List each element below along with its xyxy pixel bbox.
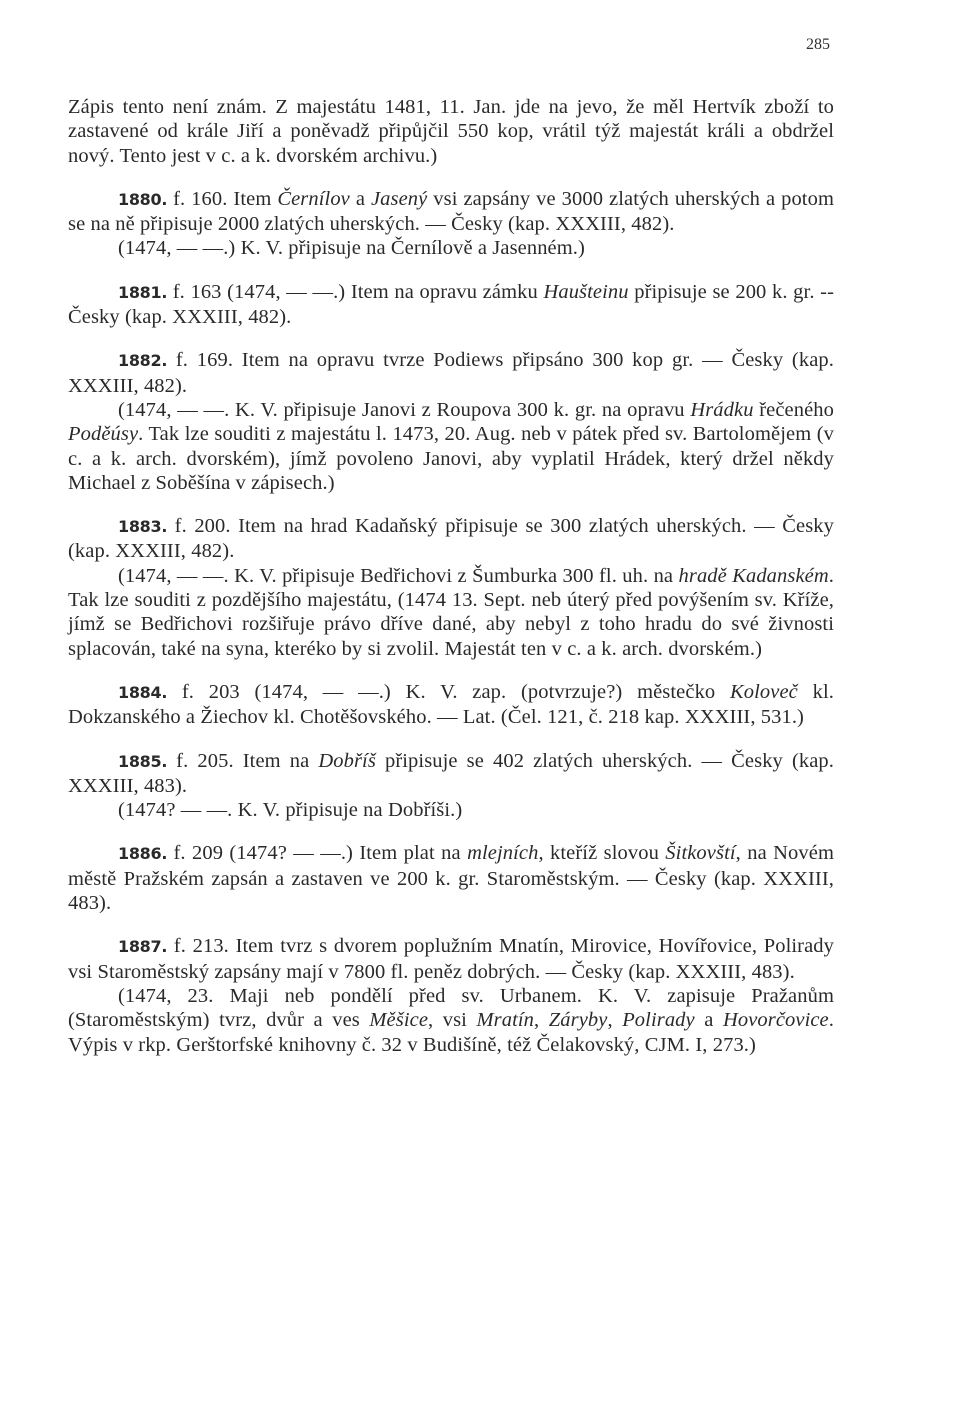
- paragraph-p1883b: (1474, — —. K. V. připisuje Bedřichovi z…: [68, 564, 834, 661]
- entry-number: 1881.: [118, 283, 167, 302]
- paragraph-p1882b: (1474, — —. K. V. připisuje Janovi z Rou…: [68, 398, 834, 495]
- text-run: f. 200. Item na hrad Kadaňský připisuje …: [68, 515, 834, 562]
- paragraph-p1887: 1887. f. 213. Item tvrz s dvorem poplužn…: [68, 934, 834, 984]
- text-run: (1474, — —.) K. V. připisuje na Černílov…: [118, 237, 585, 259]
- italic-term: Koloveč: [730, 681, 798, 703]
- text-run: a: [350, 188, 371, 210]
- entry-number: 1883.: [118, 517, 167, 536]
- italic-term: Záryby: [549, 1009, 608, 1031]
- text-run: f. 205. Item na: [167, 750, 318, 772]
- text-run: f. 160. Item: [167, 188, 277, 210]
- text-run: ,: [607, 1009, 622, 1031]
- text-run: (1474, — —. K. V. připisuje Bedřichovi z…: [118, 565, 679, 587]
- text-run: Zápis tento není znám. Z majestátu 1481,…: [68, 96, 834, 167]
- paragraph-p1885b: (1474? — —. K. V. připisuje na Dobříši.): [68, 798, 834, 822]
- paragraph-p1880: 1880. f. 160. Item Černílov a Jasený vsi…: [68, 187, 834, 237]
- paragraph-p1885: 1885. f. 205. Item na Dobříš připisuje s…: [68, 749, 834, 799]
- paragraph-p1882: 1882. f. 169. Item na opravu tvrze Podie…: [68, 348, 834, 398]
- italic-term: Hovorčovice: [723, 1009, 829, 1031]
- paragraph-p1883: 1883. f. 200. Item na hrad Kadaňský přip…: [68, 514, 834, 564]
- text-run: řečeného: [754, 399, 834, 421]
- text-run: ,: [534, 1009, 549, 1031]
- paragraph-p1880b: (1474, — —.) K. V. připisuje na Černílov…: [68, 236, 834, 260]
- paragraph-p1881: 1881. f. 163 (1474, — —.) Item na opravu…: [68, 280, 834, 330]
- page-number: 285: [806, 36, 830, 54]
- paragraph-p0: Zápis tento není znám. Z majestátu 1481,…: [68, 95, 834, 168]
- italic-term: Jasený: [371, 188, 427, 210]
- paragraph-p1884: 1884. f. 203 (1474, — —.) K. V. zap. (po…: [68, 680, 834, 730]
- text-run: f. 213. Item tvrz s dvorem poplužním Mna…: [68, 935, 834, 982]
- text-run: (1474? — —. K. V. připisuje na Dobříši.): [118, 799, 462, 821]
- italic-term: Mratín: [476, 1009, 534, 1031]
- text-run: a: [695, 1009, 723, 1031]
- text-run: (1474, — —. K. V. připisuje Janovi z Rou…: [118, 399, 690, 421]
- italic-term: Černílov: [277, 188, 350, 210]
- italic-term: Haušteinu: [543, 281, 628, 303]
- paragraph-p1887b: (1474, 23. Maji neb pondělí před sv. Urb…: [68, 984, 834, 1057]
- italic-term: Měšice: [369, 1009, 428, 1031]
- text-run: , vsi: [428, 1009, 476, 1031]
- italic-term: Dobříš: [318, 750, 376, 772]
- entry-number: 1887.: [118, 937, 167, 956]
- entry-number: 1882.: [118, 351, 167, 370]
- italic-term: mlejních: [467, 842, 538, 864]
- italic-term: Šitkovští: [665, 842, 735, 864]
- text-run: f. 169. Item na opravu tvrze Podiews při…: [68, 349, 834, 396]
- text-run: f. 163 (1474, — —.) Item na opravu zámku: [167, 281, 543, 303]
- italic-term: Hrádku: [690, 399, 753, 421]
- italic-term: Polirady: [622, 1009, 695, 1031]
- text-run: . Tak lze souditi z majestátu l. 1473, 2…: [68, 423, 834, 494]
- entry-number: 1886.: [118, 844, 167, 863]
- text-run: f. 203 (1474, — —.) K. V. zap. (potvrzuj…: [167, 681, 730, 703]
- italic-term: Poděúsy: [68, 423, 138, 445]
- entry-number: 1884.: [118, 683, 167, 702]
- entry-number: 1885.: [118, 752, 167, 771]
- text-run: f. 209 (1474? — —.) Item plat na: [167, 842, 467, 864]
- text-run: , kteříž slovou: [538, 842, 665, 864]
- paragraph-p1886: 1886. f. 209 (1474? — —.) Item plat na m…: [68, 841, 834, 915]
- italic-term: hradě Kadanském: [679, 565, 829, 587]
- page-body: Zápis tento není znám. Z majestátu 1481,…: [68, 95, 834, 1057]
- entry-number: 1880.: [118, 190, 167, 209]
